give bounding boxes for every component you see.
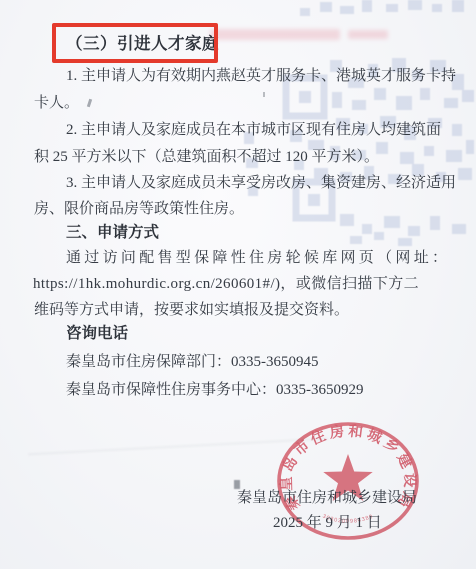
- apply-method-url-line: https://1hk.mohurdic.org.cn/260601#/)，或微…: [33, 272, 419, 293]
- document-page: （三）引进人才家庭 1. 主申请人为有效期内燕赵英才服务卡、港城英才服务卡持 卡…: [0, 0, 476, 569]
- section-title-phone: 咨询电话: [66, 321, 128, 343]
- clause-3-line-2: 房、限价商品房等政策性住房。: [34, 197, 244, 218]
- phone-line-service-center: 秦皇岛市保障性住房事务中心：0335-3650929: [66, 378, 364, 399]
- clause-2-line-2: 积 25 平方米以下（总建筑面积不超过 120 平方米）。: [34, 145, 379, 166]
- apply-method-line-3: 维码等方式申请，按要求如实填报及提交资料。: [34, 298, 349, 319]
- bleedthrough-mark: [348, 30, 388, 39]
- section-title-apply-method: 三、申请方式: [66, 220, 159, 242]
- signature-date: 2025 年 9 月 1 日: [273, 511, 382, 532]
- clause-1-line-1: 1. 主申请人为有效期内燕赵英才服务卡、港城英才服务卡持: [66, 64, 456, 85]
- clause-3-line-1: 3. 主申请人及家庭成员未享受房改房、集资建房、经济适用: [66, 171, 456, 192]
- phone-line-housing-dept: 秦皇岛市住房保障部门：0335-3650945: [66, 350, 319, 371]
- bleedthrough-mark: [210, 29, 340, 40]
- clause-1-line-2: 卡人。: [34, 91, 79, 112]
- paper-speck: [263, 92, 265, 97]
- clause-2-line-1: 2. 主申请人及家庭成员在本市城市区现有住房人均建筑面: [66, 118, 441, 139]
- highlight-box: [52, 23, 218, 63]
- signature-agency: 秦皇岛市住房和城乡建设局: [237, 486, 417, 507]
- apply-method-line-1: 通过访问配售型保障性住房轮候库网页（网址：: [66, 246, 450, 267]
